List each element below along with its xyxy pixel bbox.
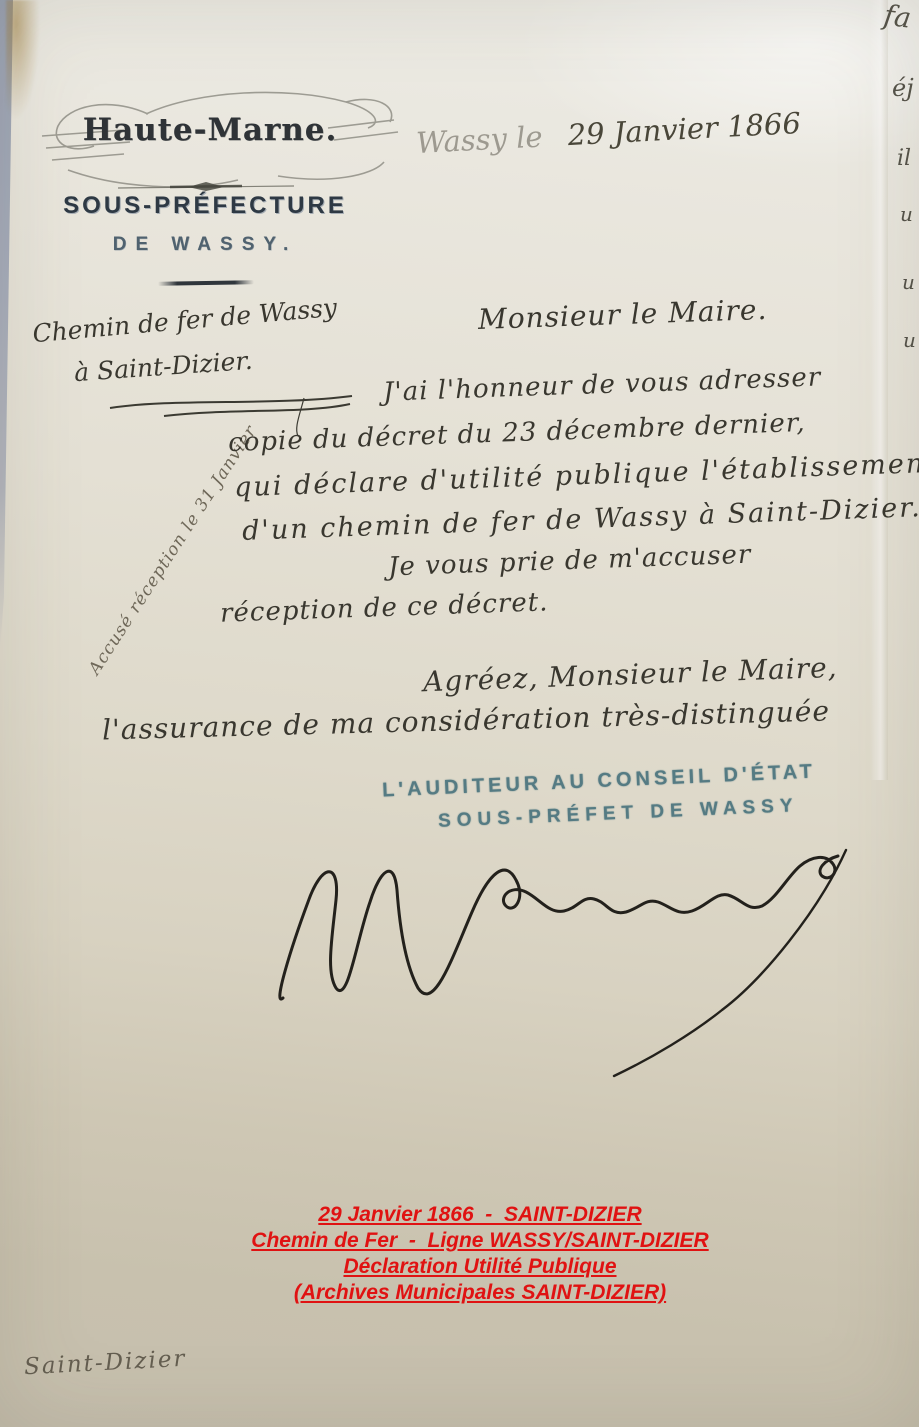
archive-caption-block: 29 Janvier 1866 - SAINT-DIZIER Chemin de… [110, 1202, 850, 1306]
archive-photo: Haute-Marne. SOUS-PRÉFECTURE DE WASSY. W… [0, 0, 919, 1427]
edge-handwriting-fragment: u [900, 202, 913, 226]
caption-source: (Archives Municipales SAINT-DIZIER) [110, 1280, 850, 1306]
edge-handwriting-fragment: u [903, 328, 916, 352]
edge-handwriting-fragment: u [902, 270, 915, 294]
edge-handwriting-fragment: il [897, 146, 911, 171]
edge-handwriting-fragment: éj [892, 74, 914, 102]
caption-date-place: 29 Janvier 1866 - SAINT-DIZIER [110, 1202, 850, 1228]
edge-handwriting-fragment: fa [882, 0, 913, 35]
caption-subject: Déclaration Utilité Publique [110, 1254, 850, 1280]
caption-railway-line: Chemin de Fer - Ligne WASSY/SAINT-DIZIER [110, 1228, 850, 1254]
